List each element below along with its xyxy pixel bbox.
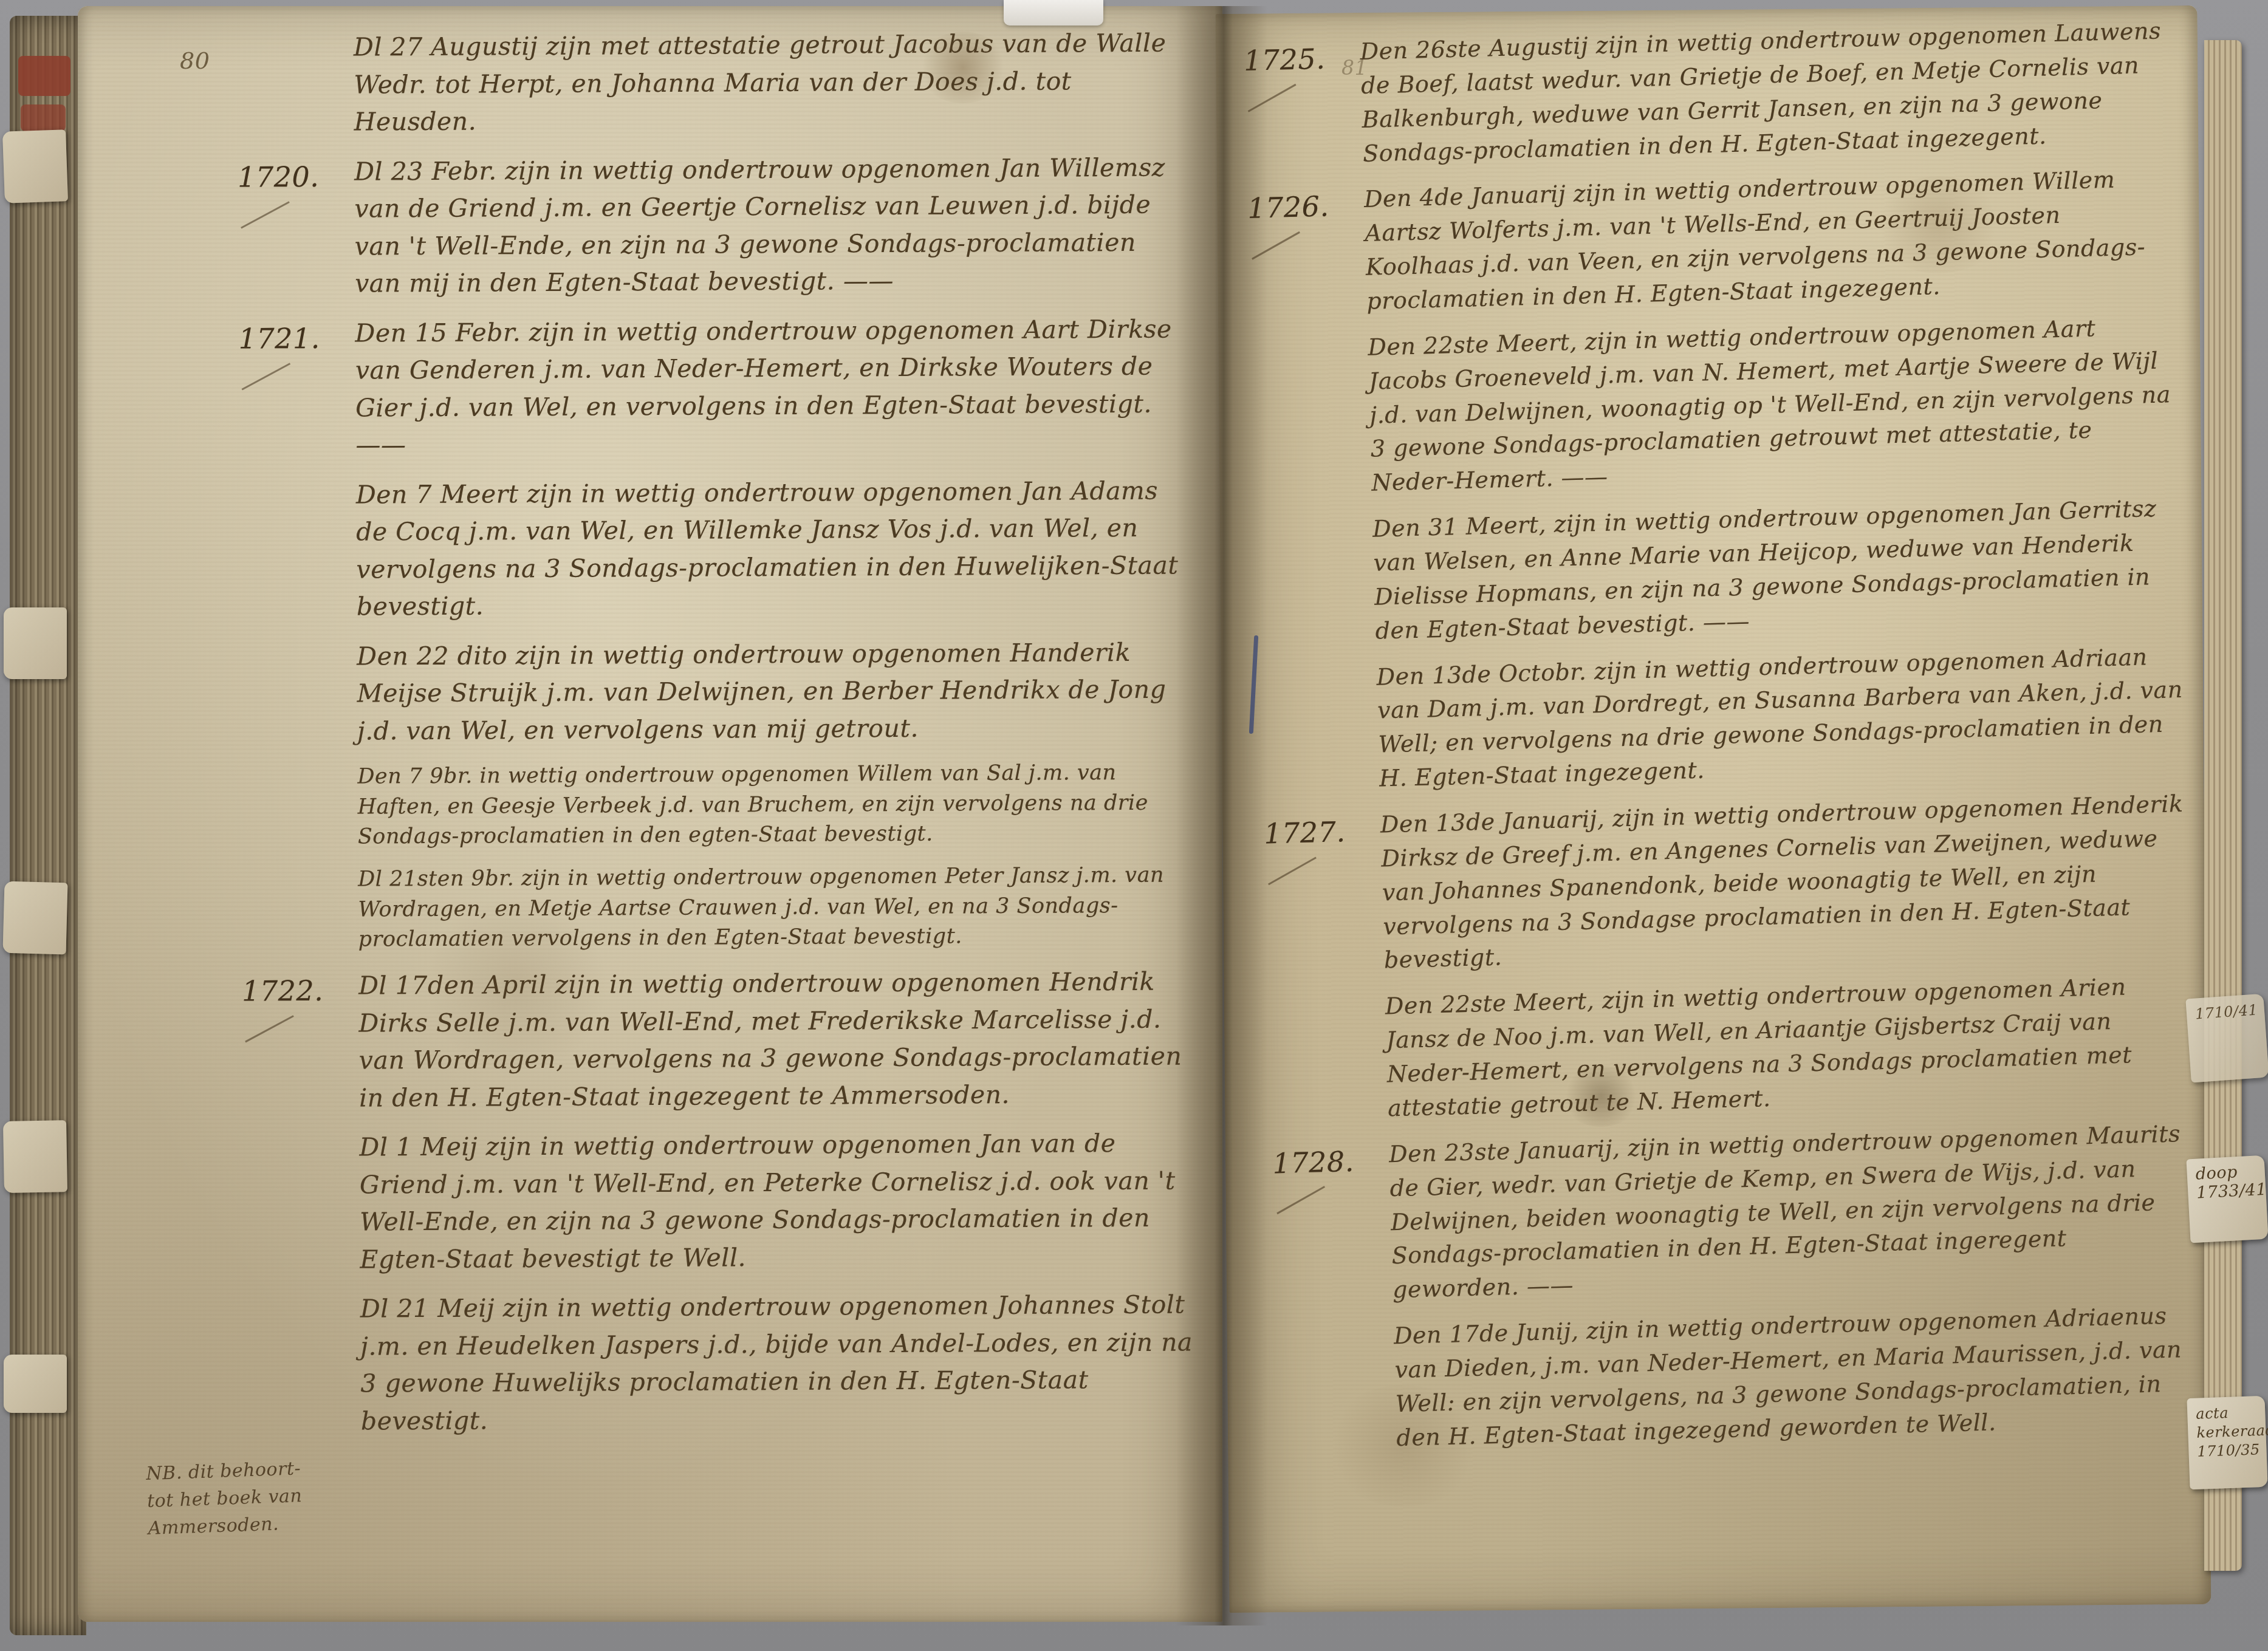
entry-text: Den 7 Meert zijn in wettig ondertrouw op…	[356, 476, 1179, 621]
tab-label: 1710/41	[2194, 1001, 2258, 1022]
entry-text: Den 23ste Januarij, zijn in wettig onder…	[1389, 1120, 2181, 1303]
entry-text: Den 31 Meert, zijn in wettig ondertrouw …	[1372, 495, 2157, 644]
marriage-entry: Den 22ste Meert, zijn in wettig ondertro…	[1385, 969, 2197, 1126]
entry-text: Dl 1 Meij zijn in wettig ondertrouw opge…	[359, 1129, 1175, 1274]
marriage-entry: Den 17de Junij, zijn in wettig ondertrou…	[1393, 1298, 2205, 1455]
marriage-entry: 1720.Dl 23 Febr. zijn in wettig ondertro…	[354, 149, 1188, 303]
marriage-entry: 1728.Den 23ste Januarij, zijn in wettig …	[1389, 1116, 2202, 1307]
parchment-tab	[4, 1355, 67, 1413]
entry-text: Den 13de Octobr. zijn in wettig ondertro…	[1376, 643, 2183, 792]
margin-year: 1722.	[242, 970, 324, 1030]
marriage-entry: Dl 21 Meij zijn in wettig ondertrouw opg…	[360, 1287, 1194, 1440]
marriage-entry: 1721.Den 15 Febr. zijn in wettig ondertr…	[355, 310, 1189, 464]
parchment-tab	[2, 129, 68, 203]
margin-year: 1721.	[238, 317, 320, 377]
entry-text: Den 7 9br. in wettig ondertrouw opgenome…	[357, 761, 1148, 849]
margin-year: 1727.	[1263, 812, 1346, 872]
marriage-entry: Den 31 Meert, zijn in wettig ondertrouw …	[1372, 491, 2185, 648]
entry-text: Den 4de Januarij zijn in wettig ondertro…	[1364, 166, 2146, 315]
parchment-tab	[4, 607, 67, 679]
marriage-entry: 1725.Den 26ste Augustij zijn in wettig o…	[1360, 14, 2172, 171]
entry-text: Dl 21sten 9br. zijn in wettig ondertrouw…	[358, 863, 1164, 952]
red-edge-mark	[18, 56, 70, 96]
margin-year: 1726.	[1247, 186, 1331, 247]
margin-note: NB. dit behoort- tot het boek van Ammers…	[146, 1453, 360, 1542]
left-page-text: Dl 27 Augustij zijn met attestatie getro…	[354, 24, 1194, 1452]
archive-tab-acta: acta kerkeraad 1710/35	[2187, 1396, 2267, 1489]
entry-text: Dl 23 Febr. zijn in wettig ondertrouw op…	[354, 152, 1165, 298]
entry-text: Den 17de Junij, zijn in wettig ondertrou…	[1393, 1302, 2182, 1451]
red-edge-mark	[21, 104, 66, 131]
tab-label: acta kerkeraad 1710/35	[2196, 1404, 2268, 1460]
book-right-page-edges	[2204, 40, 2242, 1571]
marriage-entry: 1727.Den 13de Januarij, zijn in wettig o…	[1380, 787, 2193, 978]
marriage-entry: Den 13de Octobr. zijn in wettig ondertro…	[1376, 639, 2188, 796]
page-number-left: 80	[180, 47, 210, 74]
marriage-entry: Dl 21sten 9br. zijn in wettig ondertrouw…	[358, 860, 1192, 955]
entry-text: Dl 17den April zijn in wettig ondertrouw…	[358, 967, 1182, 1112]
entry-text: Den 22ste Meert, zijn in wettig ondertro…	[1368, 315, 2171, 496]
entry-text: Den 13de Januarij, zijn in wettig ondert…	[1380, 790, 2183, 974]
parchment-tab	[3, 1120, 67, 1193]
parchment-tab	[2, 881, 67, 955]
archive-tab: 1710/41	[2185, 994, 2268, 1083]
archive-tab-doop: doop 1733/41	[2186, 1155, 2268, 1243]
marriage-entry: Den 7 Meert zijn in wettig ondertrouw op…	[356, 472, 1190, 626]
entry-text: Dl 21 Meij zijn in wettig ondertrouw opg…	[360, 1290, 1193, 1436]
margin-year: 1720.	[238, 156, 320, 216]
manuscript-scan: 80 81 Dl 27 Augustij zijn met attestatie…	[0, 0, 2268, 1651]
entry-text: Den 26ste Augustij zijn in wettig ondert…	[1360, 17, 2161, 166]
marriage-entry: Dl 1 Meij zijn in wettig ondertrouw opge…	[359, 1125, 1193, 1279]
entry-text: Den 22 dito zijn in wettig ondertrouw op…	[357, 637, 1166, 745]
tab-label: doop 1733/41	[2195, 1163, 2267, 1203]
entry-text: Dl 27 Augustij zijn met attestatie getro…	[354, 29, 1167, 137]
margin-year: 1728.	[1272, 1141, 1355, 1202]
entry-text: Den 15 Febr. zijn in wettig ondertrouw o…	[355, 314, 1171, 460]
marriage-entry: Den 22 dito zijn in wettig ondertrouw op…	[357, 634, 1191, 750]
marriage-entry: Den 7 9br. in wettig ondertrouw opgenome…	[357, 757, 1191, 852]
marriage-entry: 1722.Dl 17den April zijn in wettig onder…	[358, 963, 1193, 1117]
marriage-entry: 1726.Den 4de Januarij zijn in wettig ond…	[1363, 162, 2176, 318]
margin-year: 1725.	[1243, 39, 1326, 100]
bookmark-cloth	[1004, 0, 1103, 26]
entry-text: Den 22ste Meert, zijn in wettig ondertro…	[1385, 974, 2132, 1121]
marriage-entry: Dl 27 Augustij zijn met attestatie getro…	[354, 24, 1188, 141]
marriage-entry: Den 22ste Meert, zijn in wettig ondertro…	[1368, 310, 2181, 501]
right-page-text: 1725.Den 26ste Augustij zijn in wettig o…	[1360, 14, 2206, 1468]
